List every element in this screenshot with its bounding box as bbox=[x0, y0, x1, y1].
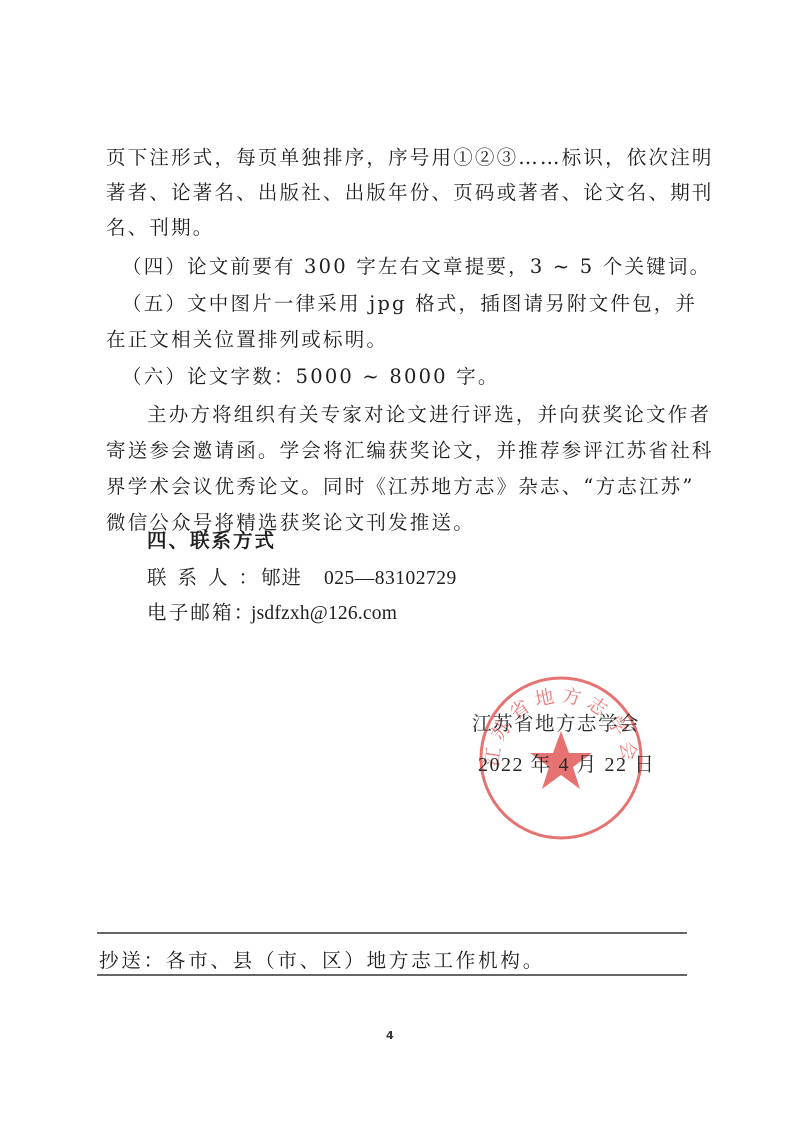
contact-person-label: 联系人： bbox=[147, 566, 251, 590]
requirement-item-5: （五）文中图片一律采用 jpg 格式，插图请另附文件包，并 bbox=[122, 292, 697, 316]
contact-person-row: 联系人：郇进025—83102729 bbox=[147, 566, 457, 591]
divider-top bbox=[97, 932, 687, 934]
signature-date: 2022 年 4 月 22 日 bbox=[478, 748, 656, 777]
signature-organization: 江苏省地方志学会 bbox=[472, 708, 640, 736]
requirement-item-4: （四）论文前要有 300 字左右文章提要，3 ~ 5 个关键词。 bbox=[122, 255, 711, 279]
divider-bottom bbox=[97, 974, 687, 976]
contact-person-name: 郇进 bbox=[261, 566, 302, 589]
body-line: 在正文相关位置排列或标明。 bbox=[106, 328, 388, 352]
contact-phone: 025—83102729 bbox=[324, 568, 457, 589]
section-heading: 四、联系方式 bbox=[147, 529, 276, 553]
award-paragraph-line: 寄送参会邀请函。学会将汇编获奖论文，并推荐参评江苏省社科 bbox=[106, 439, 714, 463]
contact-email-row: 电子邮箱：jsdfzxh@126.com bbox=[147, 601, 397, 626]
body-line: 页下注形式，每页单独排序，序号用①②③……标识，依次注明 bbox=[106, 146, 714, 170]
contact-email-label: 电子邮箱： bbox=[147, 601, 251, 625]
body-line: 名、刊期。 bbox=[106, 216, 215, 240]
document-page: 页下注形式，每页单独排序，序号用①②③……标识，依次注明 著者、论著名、出版社、… bbox=[0, 0, 793, 1122]
page-number: 4 bbox=[386, 1029, 394, 1042]
requirement-item-6: （六）论文字数：5000 ~ 8000 字。 bbox=[122, 365, 500, 389]
award-paragraph-line: 界学术会议优秀论文。同时《江苏地方志》杂志、“方志江苏” bbox=[106, 475, 695, 499]
award-paragraph-line: 主办方将组织有关专家对论文进行评选，并向获奖论文作者 bbox=[147, 403, 711, 427]
cc-distribution: 抄送：各市、县（市、区）地方志工作机构。 bbox=[99, 945, 545, 973]
contact-email[interactable]: jsdfzxh@126.com bbox=[251, 603, 397, 624]
body-line: 著者、论著名、出版社、出版年份、页码或著者、论文名、期刊 bbox=[106, 181, 714, 205]
